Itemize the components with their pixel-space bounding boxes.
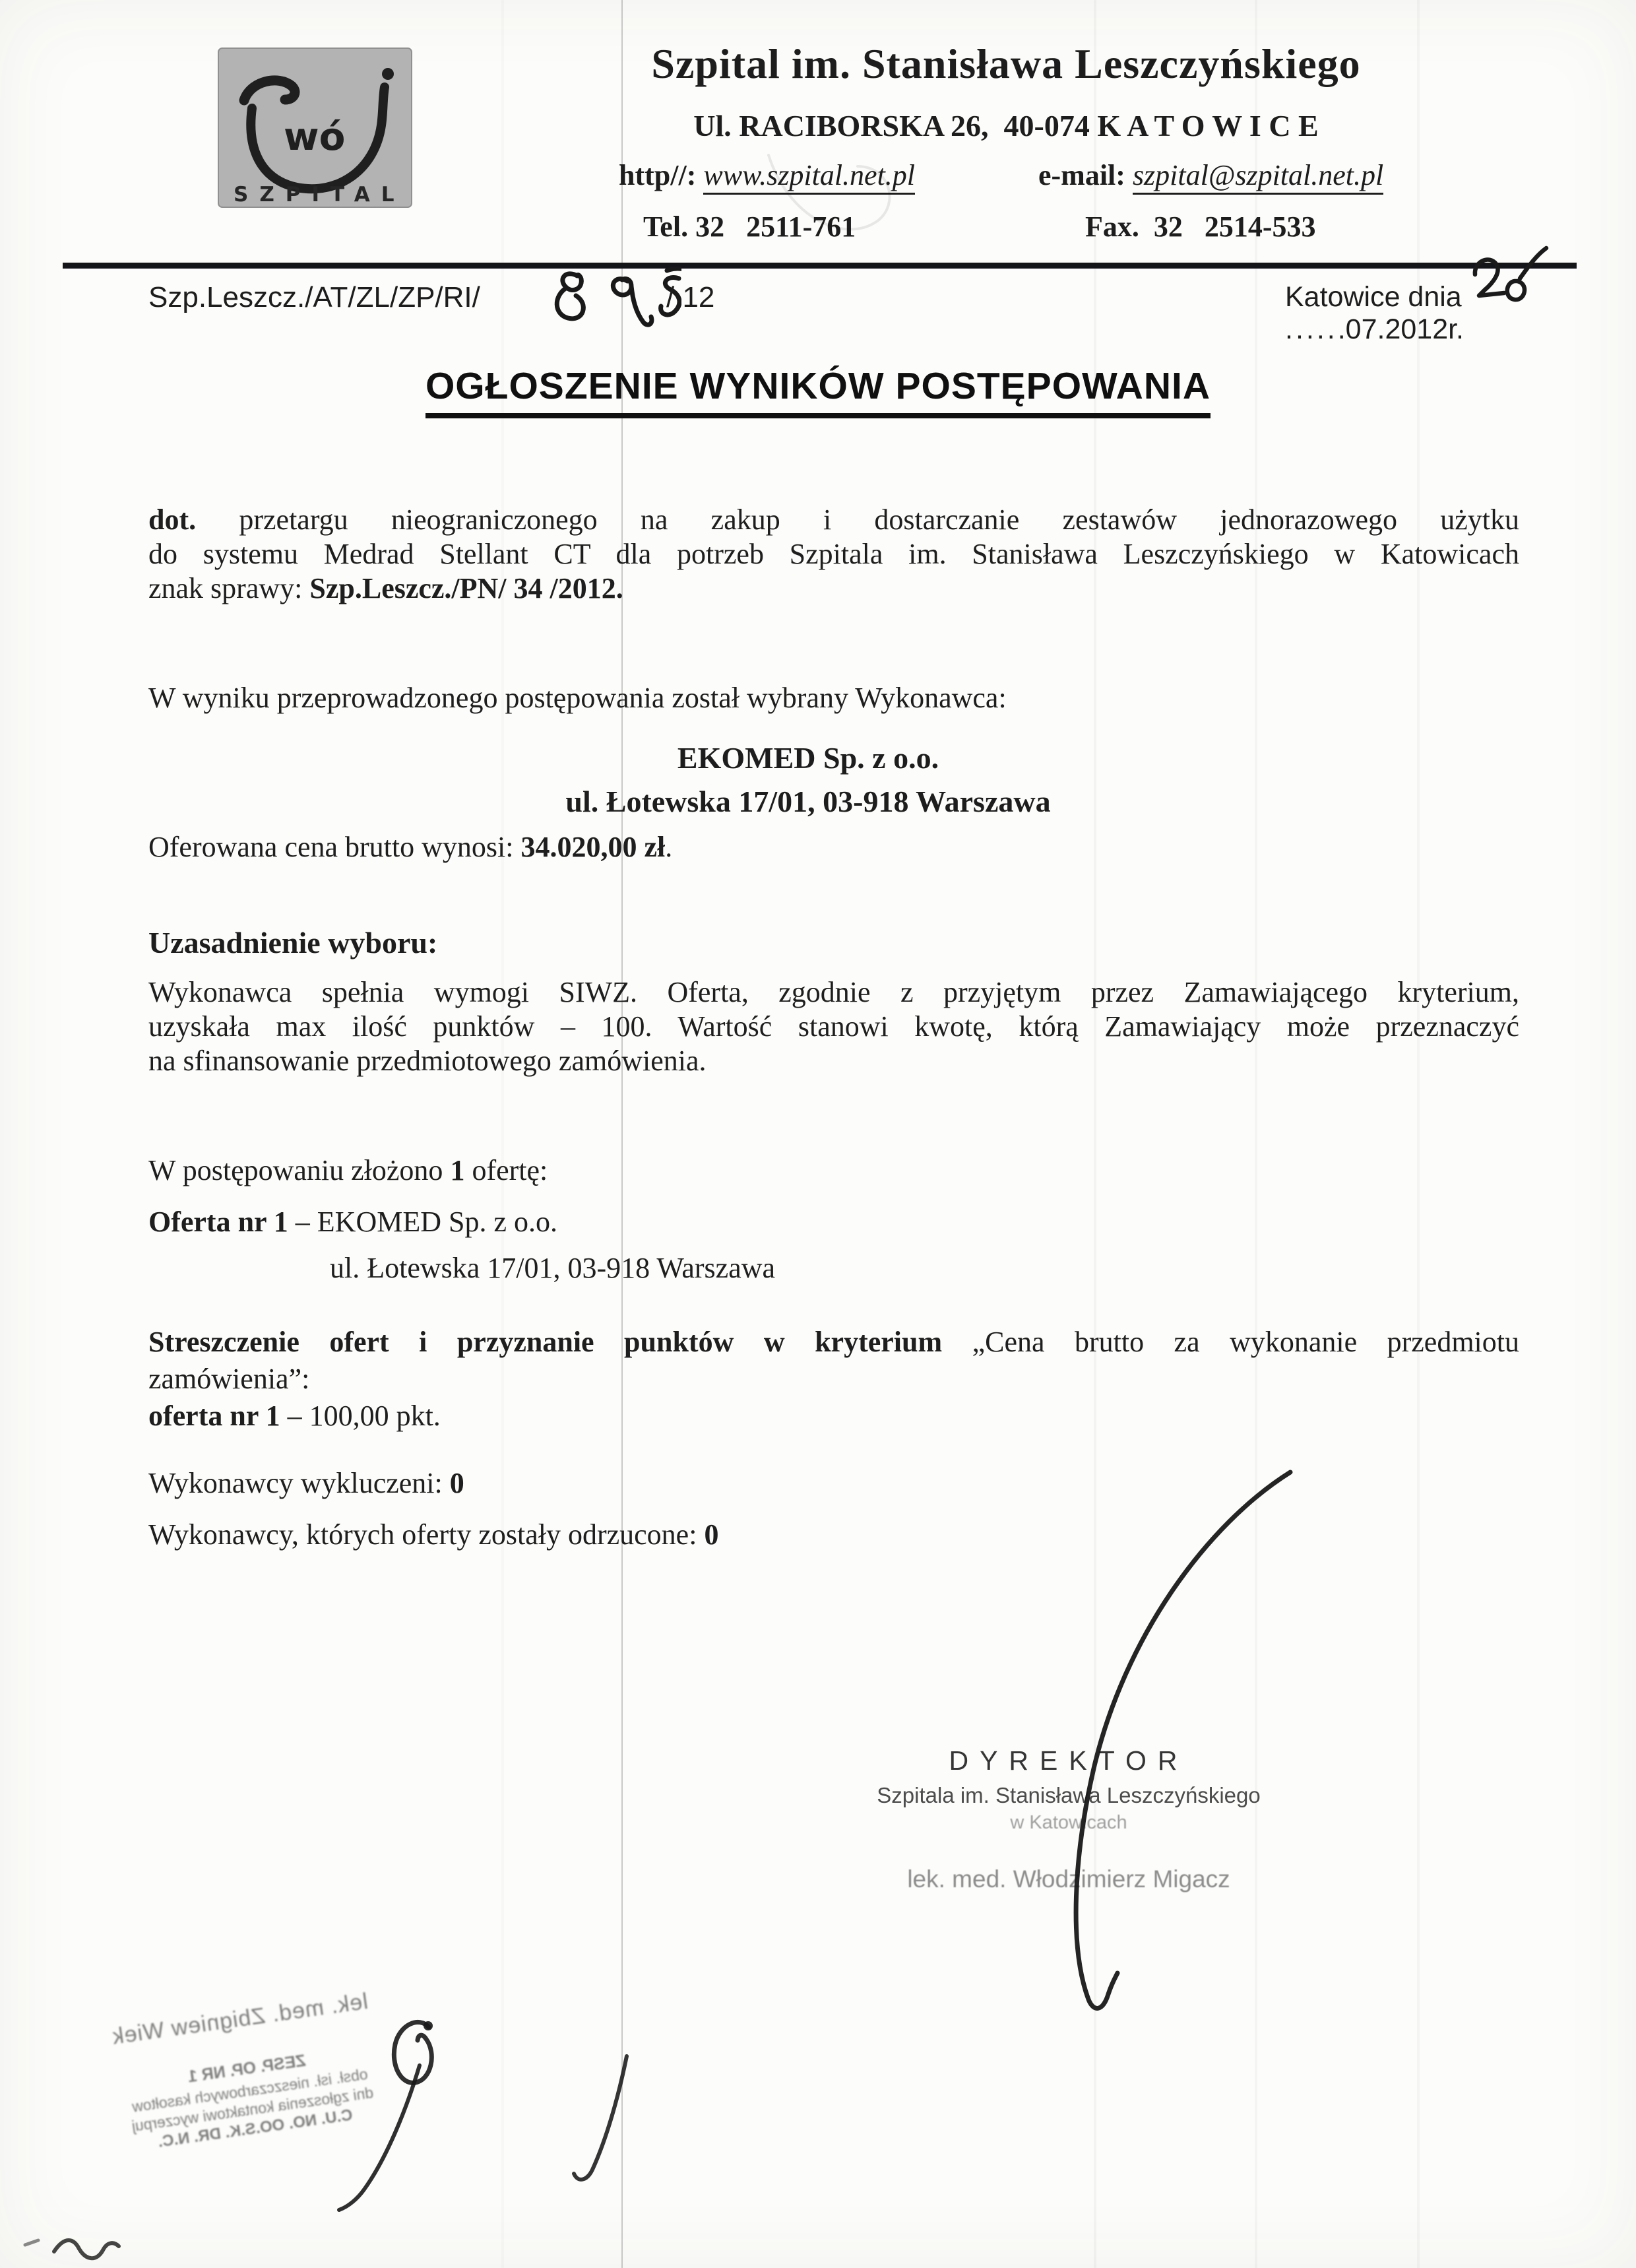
price-value: 34.020,00 zł — [520, 831, 665, 863]
offer-1-line: Oferta nr 1 – EKOMED Sp. z o.o. — [148, 1205, 557, 1239]
offers-submitted-count: 1 — [450, 1154, 464, 1186]
logo-j-dot — [382, 68, 394, 80]
handwritten-date-day — [1466, 243, 1558, 312]
rejected-count: 0 — [704, 1518, 718, 1551]
fax-number: Fax. 32 2514-533 — [1085, 210, 1316, 243]
scanned-document-page: wó SZPITAL Szpital im. Stanisława Leszcz… — [0, 0, 1636, 2268]
offers-submitted-suffix: ofertę: — [464, 1154, 548, 1186]
subject-line-1: dot. przetargu nieograniczonego na zakup… — [148, 503, 1519, 537]
price-period: . — [665, 831, 672, 863]
stamp-hospital: Szpitala im. Stanisława Leszczyńskiego — [844, 1783, 1293, 1808]
offers-submitted-line: W postępowaniu złożono 1 ofertę: — [148, 1153, 548, 1188]
date-suffix: .07.2012r. — [1338, 313, 1464, 345]
case-number-value: Szp.Leszcz./PN/ 34 /2012. — [309, 572, 623, 604]
subject-paragraph: dot. przetargu nieograniczonego na zakup… — [148, 503, 1519, 606]
logo-script-word: wó — [284, 114, 345, 159]
scan-streak — [1094, 0, 1096, 2268]
subject-line-3: znak sprawy: Szp.Leszcz./PN/ 34 /2012. — [148, 571, 1519, 606]
subject-dot-label: dot. — [148, 503, 196, 536]
justification-heading: Uzasadnienie wyboru: — [148, 925, 437, 960]
justification-paragraph: Wykonawca spełnia wymogi SIWZ. Oferta, z… — [148, 975, 1519, 1078]
justification-line-2: uzyskała max ilość punktów – 100. Wartoś… — [148, 1010, 1519, 1044]
case-number-label: znak sprawy: — [148, 572, 309, 604]
justification-line-3: na sfinansowanie przedmiotowego zamówien… — [148, 1044, 1519, 1078]
points-value: – 100,00 pkt. — [280, 1400, 441, 1432]
bleedthrough-stamp: lek. med. Zbigniew Wiek ZESP. OP. NR 1 o… — [49, 1980, 446, 2166]
place-date-line: Katowice dnia ......07.2012r. — [1285, 281, 1636, 346]
email-label: e-mail: — [1038, 159, 1125, 191]
excluded-label: Wykonawcy wykluczeni: — [148, 1467, 450, 1499]
offers-submitted-prefix: W postępowaniu złożono — [148, 1154, 450, 1186]
result-intro: W wyniku przeprowadzonego postępowania z… — [148, 681, 1007, 715]
web-label: http//: — [619, 159, 696, 191]
director-stamp: DYREKTOR Szpitala im. Stanisława Leszczy… — [844, 1745, 1293, 1893]
stamp-director-name: lek. med. Włodzimierz Migacz — [844, 1865, 1293, 1893]
offer-1-label: Oferta nr 1 — [148, 1206, 288, 1238]
excluded-count: 0 — [450, 1467, 464, 1499]
summary-line-2: zamówienia”: — [148, 1361, 1519, 1398]
phone-number: Tel. 32 2511-761 — [643, 210, 856, 243]
winner-name: EKOMED Sp. z o.o. — [0, 740, 1616, 775]
header-divider — [63, 263, 1577, 269]
page-title: OGŁOSZENIE WYNIKÓW POSTĘPOWANIA — [425, 365, 1211, 418]
hospital-address: Ul. RACIBORSKA 26, 40-074 K A T O W I C … — [594, 108, 1418, 143]
hospital-name: Szpital im. Stanisława Leszczyńskiego — [594, 40, 1418, 88]
reference-number-suffix: / 12 — [666, 281, 714, 314]
reference-number-prefix: Szp.Leszcz./AT/ZL/ZP/RI/ — [148, 281, 480, 314]
rejected-label: Wykonawcy, których oferty zostały odrzuc… — [148, 1518, 704, 1551]
winner-address: ul. Łotewska 17/01, 03-918 Warszawa — [0, 784, 1616, 819]
subject-line-2: do systemu Medrad Stellant CT dla potrze… — [148, 537, 1519, 571]
director-signature-stroke — [1076, 1472, 1290, 2008]
summary-paragraph: Streszczenie ofert i przyznanie punktów … — [148, 1324, 1519, 1435]
web-url: www.szpital.net.pl — [703, 159, 915, 195]
hospital-logo: wó SZPITAL — [218, 48, 412, 208]
stamp-title: DYREKTOR — [844, 1745, 1293, 1776]
logo-bottom-word: SZPITAL — [234, 183, 406, 207]
date-dots: ..... — [1285, 313, 1338, 345]
price-line: Oferowana cena brutto wynosi: 34.020,00 … — [148, 830, 672, 864]
corner-mark — [25, 2240, 38, 2245]
rejected-line: Wykonawcy, których oferty zostały odrzuc… — [148, 1518, 718, 1552]
corner-squiggle — [54, 2240, 119, 2258]
document-title-row: OGŁOSZENIE WYNIKÓW POSTĘPOWANIA — [0, 364, 1636, 408]
price-label: Oferowana cena brutto wynosi: — [148, 831, 520, 863]
excluded-line: Wykonawcy wykluczeni: 0 — [148, 1466, 464, 1501]
offer-1-company: – EKOMED Sp. z o.o. — [288, 1206, 557, 1238]
email-url: szpital@szpital.net.pl — [1133, 159, 1383, 195]
subject-line-1-text: przetargu nieograniczonego na zakup i do… — [196, 503, 1519, 536]
scan-streak — [1255, 0, 1257, 2268]
website-line: http//: www.szpital.net.pl — [619, 158, 915, 192]
justification-line-1: Wykonawca spełnia wymogi SIWZ. Oferta, z… — [148, 975, 1519, 1010]
summary-points-line: oferta nr 1 – 100,00 pkt. — [148, 1398, 1519, 1435]
offer-1-address: ul. Łotewska 17/01, 03-918 Warszawa — [330, 1251, 775, 1285]
summary-criterion: „Cena brutto za wykonanie przedmiotu — [972, 1326, 1519, 1358]
summary-line-1: Streszczenie ofert i przyznanie punktów … — [148, 1324, 1519, 1361]
scan-streak — [501, 0, 504, 2268]
place-date-prefix: Katowice dnia — [1285, 281, 1462, 313]
summary-heading: Streszczenie ofert i przyznanie punktów … — [148, 1326, 972, 1358]
email-line: e-mail: szpital@szpital.net.pl — [1038, 158, 1383, 192]
stamp-city: w Katowicach — [844, 1812, 1293, 1834]
pen-stroke — [574, 2056, 627, 2180]
handwritten-reference-number — [550, 261, 681, 347]
points-offer-label: oferta nr 1 — [148, 1400, 280, 1432]
